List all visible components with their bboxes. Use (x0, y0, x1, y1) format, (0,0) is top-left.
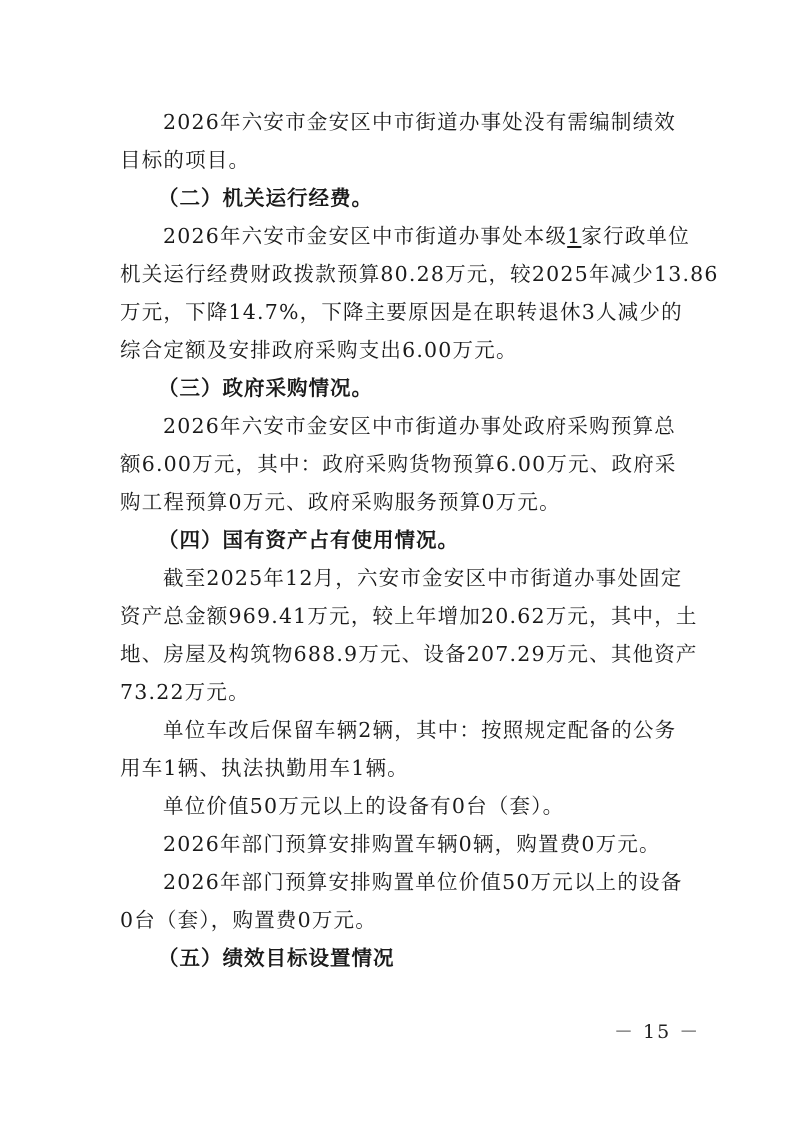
page-number: － 15 － (614, 1017, 700, 1044)
text-line: 地、房屋及构筑物688.9万元、设备207.29万元、其他资产 (120, 635, 676, 673)
text-line: 2026年六安市金安区中市街道办事处没有需编制绩效 (120, 103, 676, 141)
section-heading-performance-targets: （五）绩效目标设置情况 (120, 939, 676, 977)
text-line: 2026年六安市金安区中市街道办事处政府采购预算总 (120, 407, 676, 445)
paragraph-fixed-assets: 截至2025年12月，六安市金安区中市街道办事处固定 资产总金额969.41万元… (120, 559, 676, 711)
paragraph-equipment: 单位价值50万元以上的设备有0台（套）。 (120, 787, 676, 825)
text-line: 额6.00万元，其中：政府采购货物预算6.00万元、政府采 (120, 445, 676, 483)
section-heading-state-assets: （四）国有资产占有使用情况。 (120, 521, 676, 559)
text-line: 单位价值50万元以上的设备有0台（套）。 (120, 787, 676, 825)
text-line: 2026年六安市金安区中市街道办事处本级1家行政单位 (120, 217, 676, 255)
text-span: 2026年六安市金安区中市街道办事处本级 (163, 224, 567, 248)
text-line: 用车1辆、执法执勤用车1辆。 (120, 749, 676, 787)
paragraph-no-performance-targets: 2026年六安市金安区中市街道办事处没有需编制绩效 目标的项目。 (120, 103, 676, 179)
text-line: 单位车改后保留车辆2辆，其中：按照规定配备的公务 (120, 711, 676, 749)
paragraph-government-procurement: 2026年六安市金安区中市街道办事处政府采购预算总 额6.00万元，其中：政府采… (120, 407, 676, 521)
text-line: 目标的项目。 (120, 141, 676, 179)
text-line: 万元，下降14.7%，下降主要原因是在职转退休3人减少的 (120, 293, 676, 331)
text-line: 2026年部门预算安排购置单位价值50万元以上的设备 (120, 863, 676, 901)
section-heading-operating-expenses: （二）机关运行经费。 (120, 179, 676, 217)
text-line: 资产总金额969.41万元，较上年增加20.62万元，其中，土 (120, 597, 676, 635)
text-line: 73.22万元。 (120, 673, 676, 711)
text-line: 综合定额及安排政府采购支出6.00万元。 (120, 331, 676, 369)
paragraph-vehicles: 单位车改后保留车辆2辆，其中：按照规定配备的公务 用车1辆、执法执勤用车1辆。 (120, 711, 676, 787)
text-line: 截至2025年12月，六安市金安区中市街道办事处固定 (120, 559, 676, 597)
text-line: 2026年部门预算安排购置车辆0辆，购置费0万元。 (120, 825, 676, 863)
document-page: 2026年六安市金安区中市街道办事处没有需编制绩效 目标的项目。 （二）机关运行… (120, 103, 676, 977)
text-line: 机关运行经费财政拨款预算80.28万元，较2025年减少13.86 (120, 255, 676, 293)
text-span: 家行政单位 (581, 224, 690, 248)
text-line: 购工程预算0万元、政府采购服务预算0万元。 (120, 483, 676, 521)
text-line: 0台（套），购置费0万元。 (120, 901, 676, 939)
paragraph-equipment-purchase: 2026年部门预算安排购置单位价值50万元以上的设备 0台（套），购置费0万元。 (120, 863, 676, 939)
paragraph-vehicle-purchase: 2026年部门预算安排购置车辆0辆，购置费0万元。 (120, 825, 676, 863)
underlined-unit-count: 1 (567, 224, 581, 248)
section-heading-government-procurement: （三）政府采购情况。 (120, 369, 676, 407)
paragraph-operating-expenses: 2026年六安市金安区中市街道办事处本级1家行政单位 机关运行经费财政拨款预算8… (120, 217, 676, 369)
